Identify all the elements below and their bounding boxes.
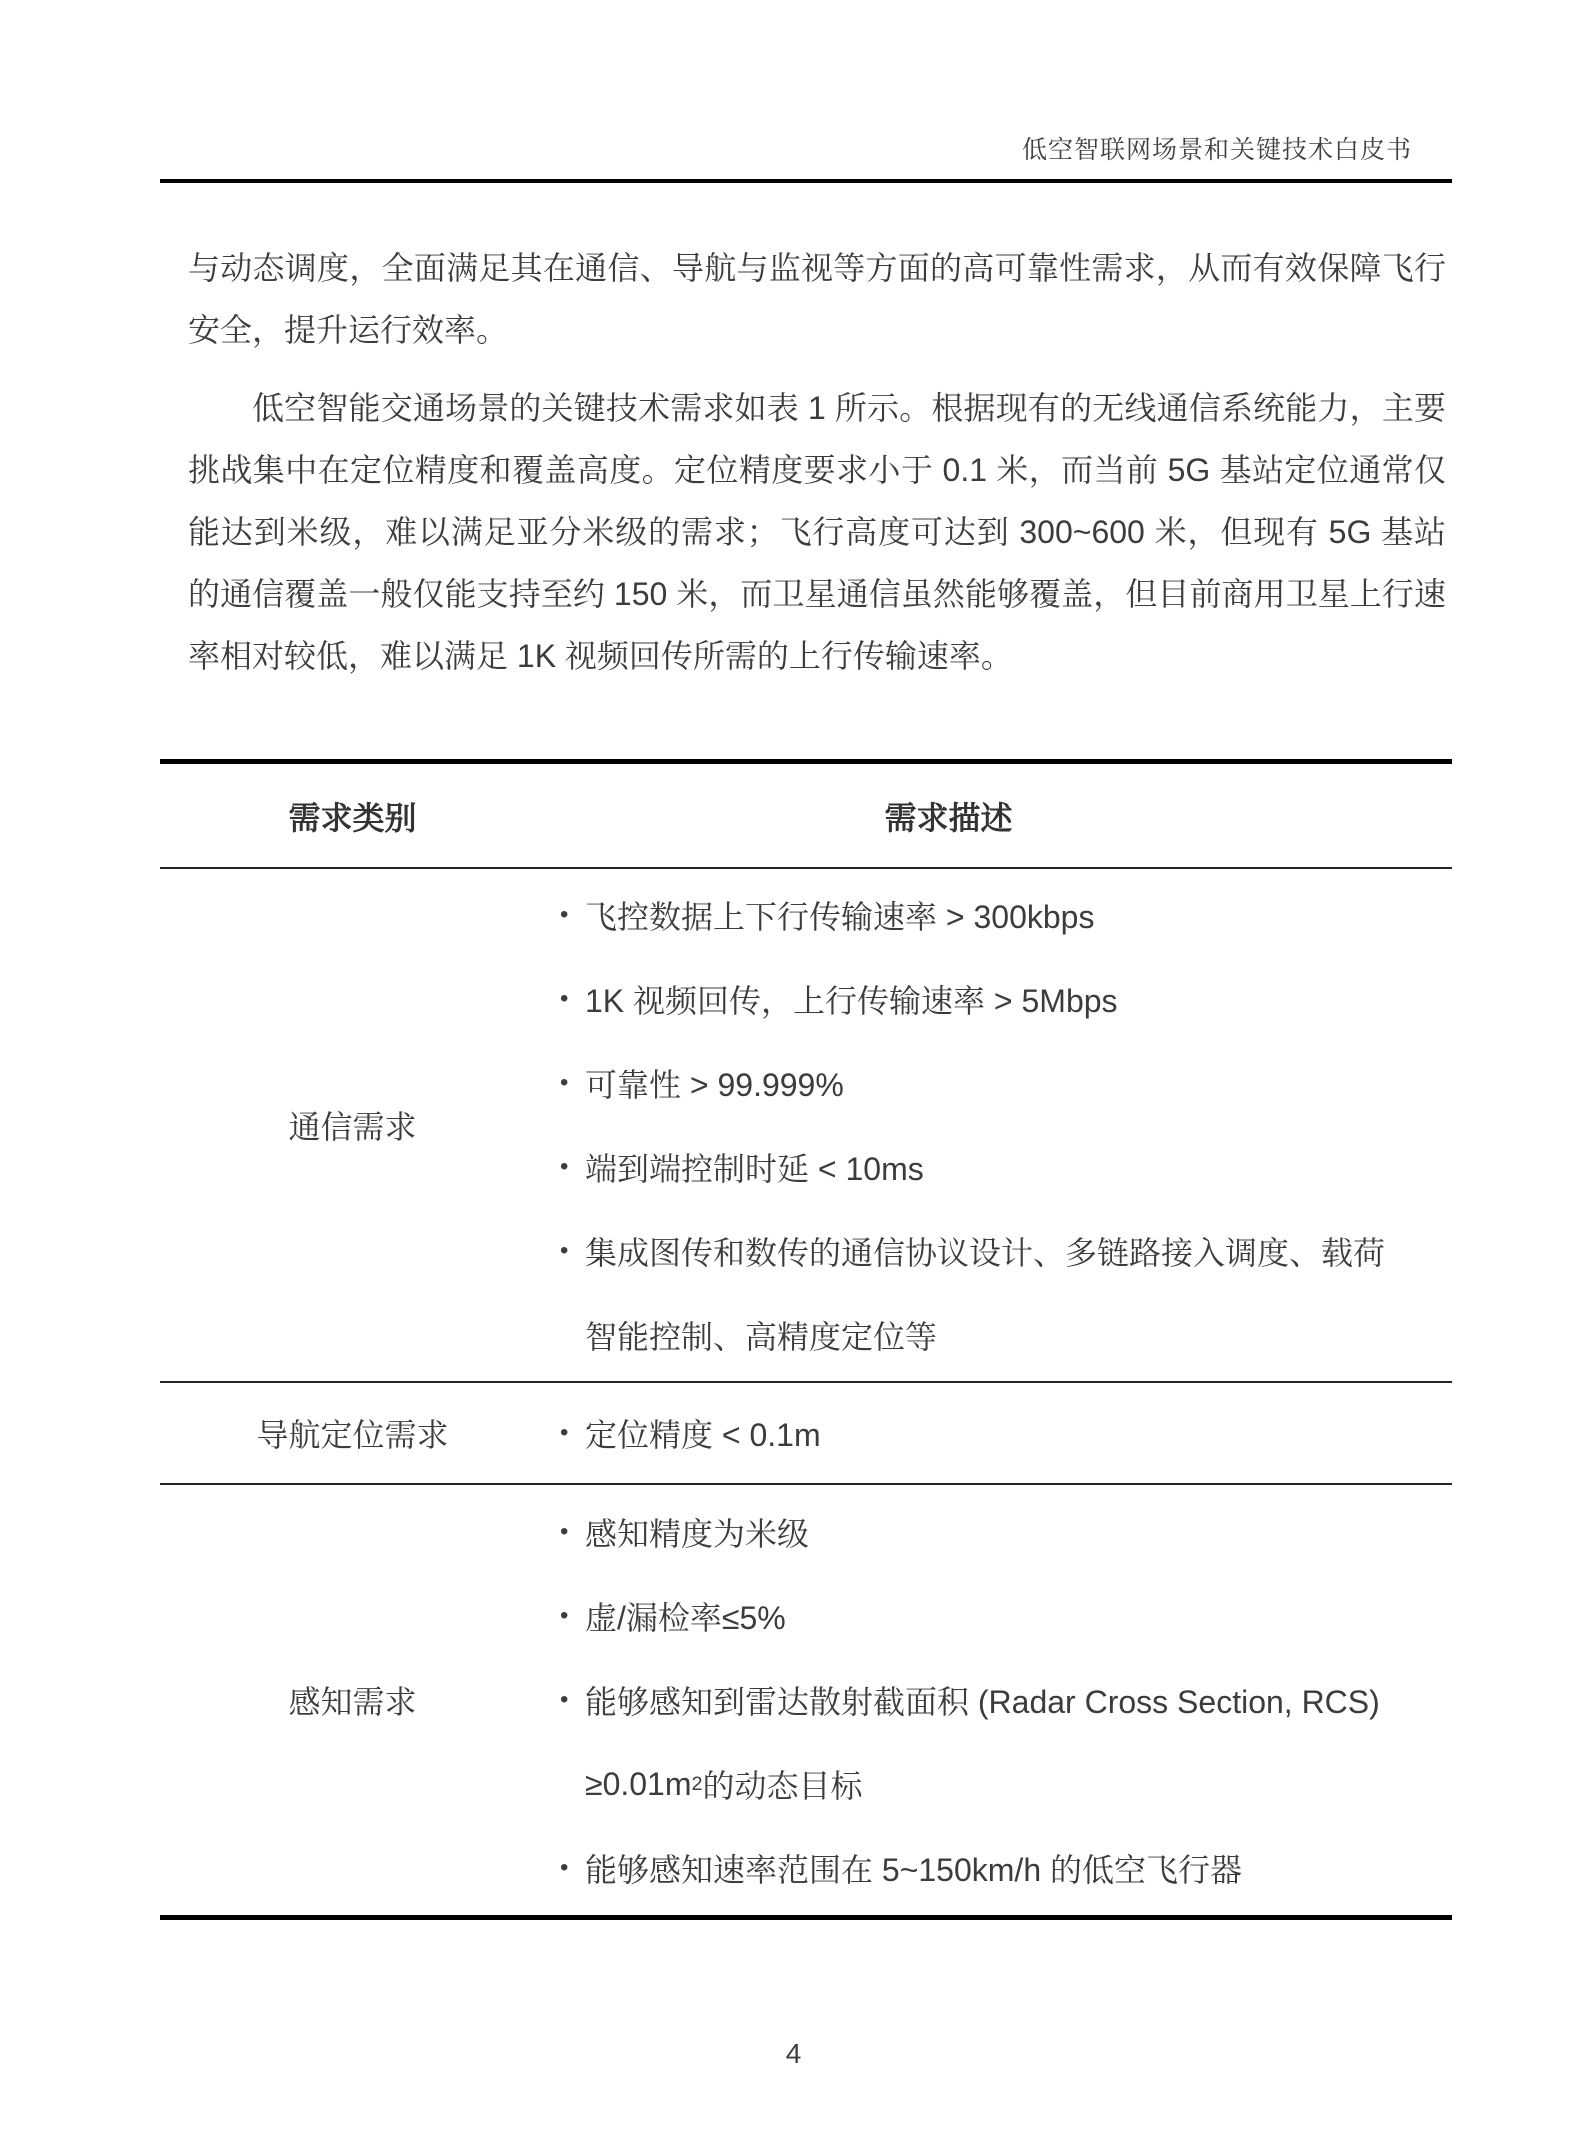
requirements-table: 需求类别 需求描述 通信需求•飞控数据上下行传输速率 > 300kbps•1K … xyxy=(160,759,1452,1920)
bullet-icon: • xyxy=(560,1518,585,1546)
requirement-text: 智能控制、高精度定位等 xyxy=(585,1312,937,1358)
requirement-item: •可靠性 > 99.999% xyxy=(560,1041,1452,1125)
requirement-text: 能够感知速率范围在 5~150km/h 的低空飞行器 xyxy=(585,1845,1242,1891)
bullet-icon: • xyxy=(560,1153,585,1181)
table-row: 通信需求•飞控数据上下行传输速率 > 300kbps•1K 视频回传，上行传输速… xyxy=(160,869,1452,1383)
bullet-icon: • xyxy=(560,1237,585,1265)
requirement-category: 感知需求 xyxy=(160,1485,545,1915)
table-row: 感知需求•感知精度为米级•虚/漏检率≤5%•能够感知到雷达散射截面积 (Rada… xyxy=(160,1485,1452,1915)
requirement-description: •飞控数据上下行传输速率 > 300kbps•1K 视频回传，上行传输速率 > … xyxy=(545,869,1452,1381)
bullet-icon: • xyxy=(560,901,585,929)
bullet-icon: • xyxy=(560,1419,585,1447)
requirement-item: •集成图传和数传的通信协议设计、多链路接入调度、载荷 xyxy=(560,1209,1452,1293)
paragraph-intro: 低空智能交通场景的关键技术需求如表 1 所示。根据现有的无线通信系统能力，主要挑… xyxy=(188,377,1446,687)
header-rule xyxy=(160,179,1452,183)
bullet-icon: • xyxy=(560,1602,585,1630)
document-title: 低空智联网场景和关键技术白皮书 xyxy=(1022,136,1412,164)
requirement-description: •感知精度为米级•虚/漏检率≤5%•能够感知到雷达散射截面积 (Radar Cr… xyxy=(545,1485,1452,1915)
requirement-item: •感知精度为米级 xyxy=(560,1490,1452,1574)
requirement-text: 飞控数据上下行传输速率 > 300kbps xyxy=(585,892,1094,938)
requirement-text: ≥0.01m xyxy=(585,1766,692,1803)
column-header-category: 需求类别 xyxy=(160,764,545,867)
page-number: 4 xyxy=(786,2038,802,2069)
column-header-description: 需求描述 xyxy=(545,764,1452,867)
requirement-text: 感知精度为米级 xyxy=(585,1509,809,1555)
requirement-category: 导航定位需求 xyxy=(160,1383,545,1483)
table-row: 导航定位需求•定位精度 < 0.1m xyxy=(160,1383,1452,1485)
bullet-icon: • xyxy=(560,1686,585,1714)
requirement-text: 虚/漏检率≤5% xyxy=(585,1593,786,1639)
requirement-text: 集成图传和数传的通信协议设计、多链路接入调度、载荷 xyxy=(585,1228,1385,1274)
requirement-item-wrap: 智能控制、高精度定位等 xyxy=(560,1293,1452,1377)
requirement-item-wrap: ≥0.01m2 的动态目标 xyxy=(560,1742,1452,1826)
requirement-item: •能够感知速率范围在 5~150km/h 的低空飞行器 xyxy=(560,1826,1452,1910)
requirement-category: 通信需求 xyxy=(160,869,545,1381)
requirement-text: 可靠性 > 99.999% xyxy=(585,1060,844,1106)
requirement-item: •1K 视频回传，上行传输速率 > 5Mbps xyxy=(560,957,1452,1041)
paragraph-continuation: 与动态调度，全面满足其在通信、导航与监视等方面的高可靠性需求，从而有效保障飞行安… xyxy=(188,237,1446,361)
requirement-item: •端到端控制时延 < 10ms xyxy=(560,1125,1452,1209)
bullet-icon: • xyxy=(560,1069,585,1097)
requirement-text: 定位精度 < 0.1m xyxy=(585,1410,821,1456)
table-header-row: 需求类别 需求描述 xyxy=(160,764,1452,869)
requirement-text: 的动态目标 xyxy=(703,1761,863,1807)
requirement-item: •飞控数据上下行传输速率 > 300kbps xyxy=(560,873,1452,957)
requirement-text: 能够感知到雷达散射截面积 (Radar Cross Section, RCS) xyxy=(585,1677,1380,1723)
bullet-icon: • xyxy=(560,1854,585,1882)
body-text: 与动态调度，全面满足其在通信、导航与监视等方面的高可靠性需求，从而有效保障飞行安… xyxy=(188,237,1446,687)
requirement-description: •定位精度 < 0.1m xyxy=(545,1383,1452,1483)
requirement-text: 端到端控制时延 < 10ms xyxy=(585,1144,924,1190)
page-footer: 4 xyxy=(0,2038,1587,2070)
requirements-table-body: 通信需求•飞控数据上下行传输速率 > 300kbps•1K 视频回传，上行传输速… xyxy=(160,869,1452,1915)
bullet-icon: • xyxy=(560,985,585,1013)
document-page: { "header": { "title": "低空智联网场景和关键技术白皮书"… xyxy=(0,0,1587,2154)
requirement-text: 1K 视频回传，上行传输速率 > 5Mbps xyxy=(585,976,1118,1022)
requirement-item: •定位精度 < 0.1m xyxy=(560,1391,1452,1475)
page-header: 低空智联网场景和关键技术白皮书 xyxy=(0,0,1587,163)
requirement-item: •能够感知到雷达散射截面积 (Radar Cross Section, RCS) xyxy=(560,1658,1452,1742)
requirement-item: •虚/漏检率≤5% xyxy=(560,1574,1452,1658)
